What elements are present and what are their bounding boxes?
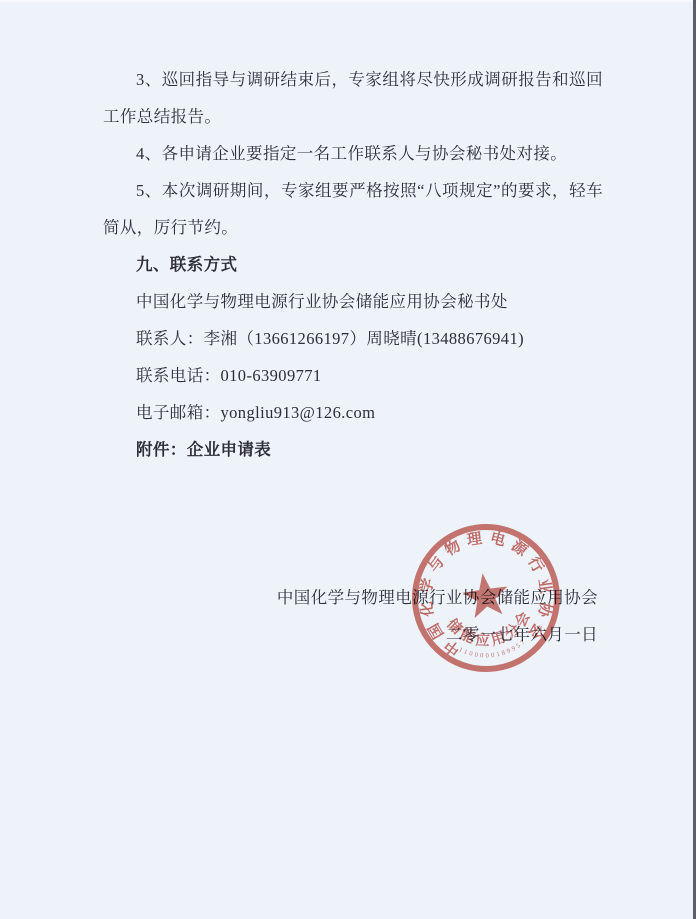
paragraph-contact-email: 电子邮箱：yongliu913@126.com: [103, 394, 603, 431]
paragraph-item-4: 4、各申请企业要指定一名工作联系人与协会秘书处对接。: [103, 135, 603, 172]
paragraph-contact-persons: 联系人：李湘（13661266197）周晓晴(13488676941): [103, 320, 603, 357]
seal-graphic: 中国化学与物理电源行业协会 储能应用分会 1100000189957: [388, 500, 585, 697]
scanned-document-page: 3、巡回指导与调研结束后，专家组将尽快形成调研报告和巡回工作总结报告。 4、各申…: [0, 0, 696, 919]
scan-artifact-top-edge: [0, 0, 696, 3]
paragraph-attachment: 附件：企业申请表: [103, 431, 603, 468]
document-body: 3、巡回指导与调研结束后，专家组将尽快形成调研报告和巡回工作总结报告。 4、各申…: [103, 61, 603, 468]
official-seal: 中国化学与物理电源行业协会 储能应用分会 1100000189957: [388, 500, 585, 697]
paragraph-item-5: 5、本次调研期间，专家组要严格按照“八项规定”的要求，轻车简从，厉行节约。: [103, 172, 603, 246]
paragraph-item-3: 3、巡回指导与调研结束后，专家组将尽快形成调研报告和巡回工作总结报告。: [103, 61, 603, 135]
section-heading-contact: 九、联系方式: [103, 246, 603, 283]
paragraph-contact-phone: 联系电话：010-63909771: [103, 357, 603, 394]
paragraph-secretariat: 中国化学与物理电源行业协会储能应用协会秘书处: [103, 283, 603, 320]
seal-star-icon: [460, 570, 511, 619]
